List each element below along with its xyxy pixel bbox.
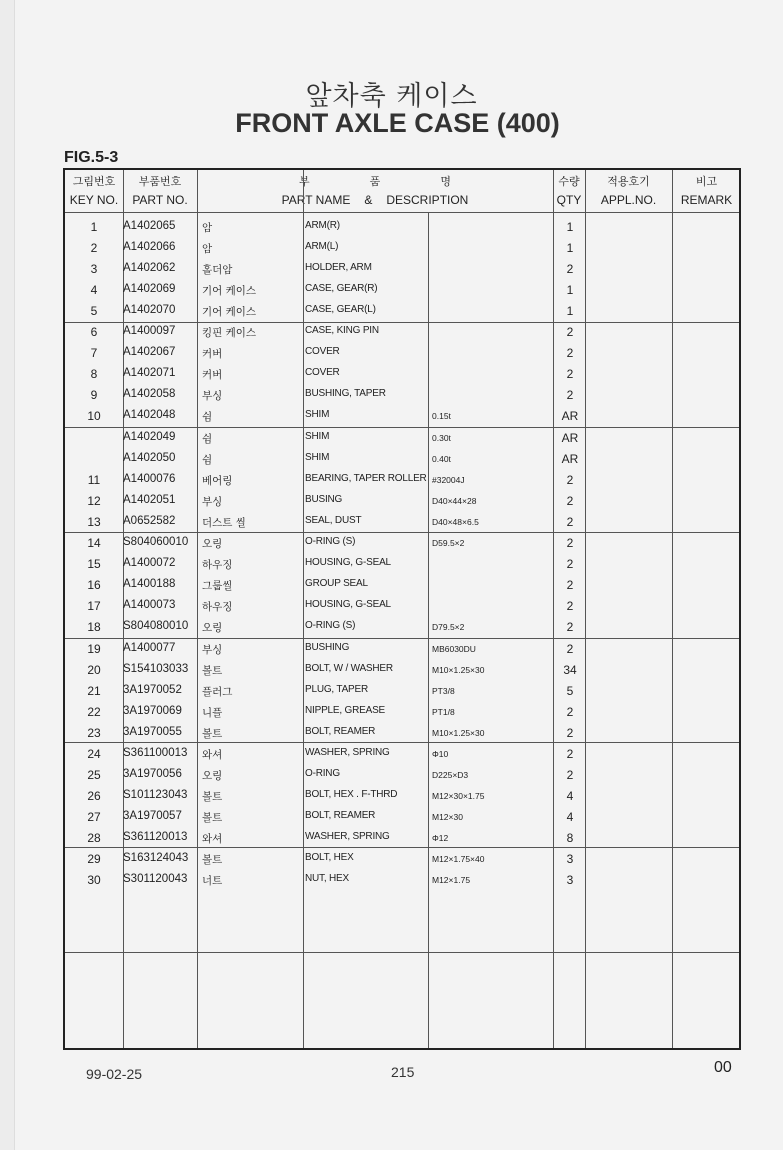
- table-row: 13A0652582더스트 씰SEAL, DUSTD40×48×6.52: [65, 512, 739, 533]
- part-name-english: BOLT, HEX: [305, 852, 354, 863]
- key-number: 1: [65, 220, 123, 234]
- key-number: 20: [65, 663, 123, 677]
- table-row: 14S804060010오링O-RING (S)D59.5×22: [65, 533, 739, 554]
- part-description: M12×30×1.75: [432, 791, 484, 801]
- part-description: M12×1.75×40: [432, 854, 484, 864]
- part-name-korean: 기어 케이스: [202, 283, 256, 298]
- part-name-korean: 오링: [202, 620, 222, 635]
- header-qty: 수량 QTY: [553, 170, 585, 212]
- part-name-korean: 오링: [202, 768, 222, 783]
- part-name-english: WASHER, SPRING: [305, 831, 390, 842]
- quantity: 2: [555, 578, 585, 592]
- key-number: 10: [65, 409, 123, 423]
- table-row: 30S301120043너트NUT, HEXM12×1.753: [65, 870, 739, 891]
- part-number: S361120013: [123, 831, 187, 843]
- part-description: M10×1.25×30: [432, 728, 484, 738]
- key-number: 6: [65, 325, 123, 339]
- table-row: 8A1402071커버COVER2: [65, 364, 739, 385]
- header-name-en-3: DESCRIPTION: [386, 191, 468, 209]
- part-number: A1400076: [123, 473, 175, 485]
- quantity: 3: [555, 852, 585, 866]
- header-name-ko-1: 부: [299, 173, 310, 191]
- part-number: S804080010: [123, 620, 188, 632]
- table-row: 10A1402048쉼SHIM0.15tAR: [65, 406, 739, 427]
- part-description: Φ12: [432, 833, 448, 843]
- key-number: 22: [65, 705, 123, 719]
- table-row: 11A1400076베어링BEARING, TAPER ROLLER#32004…: [65, 470, 739, 491]
- revision-number: 00: [714, 1059, 732, 1077]
- part-name-korean: 쉼: [202, 409, 212, 424]
- part-description: MB6030DU: [432, 644, 476, 654]
- part-name-korean: 홀더암: [202, 262, 232, 277]
- part-description: #32004J: [432, 475, 465, 485]
- part-name-korean: 와셔: [202, 831, 222, 846]
- key-number: 18: [65, 620, 123, 634]
- part-name-english: SEAL, DUST: [305, 515, 361, 526]
- key-number: 8: [65, 367, 123, 381]
- key-number: 24: [65, 747, 123, 761]
- header-key-ko: 그림번호: [73, 173, 116, 191]
- figure-label: FIG.5-3: [64, 149, 118, 167]
- part-name-english: BOLT, W / WASHER: [305, 663, 393, 674]
- part-description: PT1/8: [432, 707, 455, 717]
- part-name-korean: 암: [202, 241, 212, 256]
- header-part-ko: 부품번호: [139, 173, 182, 191]
- part-name-korean: 너트: [202, 873, 222, 888]
- header-name-ko-2: 품: [370, 173, 381, 191]
- header-appl-en: APPL.NO.: [601, 191, 656, 209]
- table-row: 15A1400072하우징HOUSING, G-SEAL2: [65, 554, 739, 575]
- part-number: A1402065: [123, 220, 175, 232]
- part-description: 0.15t: [432, 411, 451, 421]
- key-number: 9: [65, 388, 123, 402]
- quantity: 2: [555, 515, 585, 529]
- quantity: 4: [555, 810, 585, 824]
- part-name-korean: 쉼: [202, 452, 212, 467]
- key-number: 17: [65, 599, 123, 613]
- quantity: AR: [555, 431, 585, 445]
- table-row: 19A1400077부싱BUSHINGMB6030DU2: [65, 639, 739, 660]
- table-row: 7A1402067커버COVER2: [65, 343, 739, 364]
- part-name-korean: 베어링: [202, 473, 232, 488]
- part-name-english: HOUSING, G-SEAL: [305, 599, 391, 610]
- table-row: 223A1970069니플NIPPLE, GREASEPT1/82: [65, 702, 739, 723]
- key-number: 25: [65, 768, 123, 782]
- part-name-korean: 와셔: [202, 747, 222, 762]
- quantity: 2: [555, 726, 585, 740]
- page-number: 215: [391, 1064, 414, 1080]
- part-name-english: COVER: [305, 367, 340, 378]
- table-row: 5A1402070기어 케이스CASE, GEAR(L)1: [65, 301, 739, 322]
- part-name-korean: 볼트: [202, 852, 222, 867]
- header-key-en: KEY NO.: [70, 191, 118, 209]
- quantity: 2: [555, 262, 585, 276]
- part-description: M12×30: [432, 812, 463, 822]
- part-number: A1402058: [123, 388, 175, 400]
- quantity: 1: [555, 241, 585, 255]
- part-name-korean: 쉼: [202, 431, 212, 446]
- table-row: 273A1970057볼트BOLT, REAMERM12×304: [65, 807, 739, 828]
- part-name-english: ARM(R): [305, 220, 340, 231]
- row-group-divider: [65, 952, 739, 953]
- part-number: S361100013: [123, 747, 187, 759]
- key-number: 19: [65, 642, 123, 656]
- part-number: A1402049: [123, 431, 175, 443]
- key-number: 15: [65, 557, 123, 571]
- header-qty-en: QTY: [557, 191, 582, 209]
- part-description: Φ10: [432, 749, 448, 759]
- part-name-korean: 볼트: [202, 663, 222, 678]
- table-row: A1402049쉼SHIM0.30tAR: [65, 428, 739, 449]
- quantity: 1: [555, 304, 585, 318]
- part-description: M10×1.25×30: [432, 665, 484, 675]
- quantity: 2: [555, 642, 585, 656]
- footer-date: 99-02-25: [86, 1066, 142, 1082]
- part-name-korean: 볼트: [202, 726, 222, 741]
- part-number: S154103033: [123, 663, 188, 675]
- header-name-en-2: &: [364, 191, 372, 209]
- part-description: D79.5×2: [432, 622, 464, 632]
- part-name-english: BUSHING: [305, 642, 349, 653]
- part-description: 0.30t: [432, 433, 451, 443]
- table-row: 26S101123043볼트BOLT, HEX . F-THRDM12×30×1…: [65, 786, 739, 807]
- quantity: 4: [555, 789, 585, 803]
- table-row: A1402050쉼SHIM0.40tAR: [65, 449, 739, 470]
- header-name: 부 품 명 PART NAME & DESCRIPTION: [197, 170, 553, 212]
- part-name-korean: 플러그: [202, 684, 232, 699]
- table-row: 2A1402066암ARM(L)1: [65, 238, 739, 259]
- part-name-english: NIPPLE, GREASE: [305, 705, 385, 716]
- part-name-english: BOLT, REAMER: [305, 810, 375, 821]
- part-description: PT3/8: [432, 686, 455, 696]
- table-row: 24S361100013와셔WASHER, SPRINGΦ102: [65, 744, 739, 765]
- quantity: 2: [555, 620, 585, 634]
- part-name-english: GROUP SEAL: [305, 578, 368, 589]
- part-name-korean: 암: [202, 220, 212, 235]
- part-number: A1400072: [123, 557, 175, 569]
- quantity: 5: [555, 684, 585, 698]
- table-row: 6A1400097킹핀 케이스CASE, KING PIN2: [65, 322, 739, 343]
- part-name-korean: 그룹씰: [202, 578, 232, 593]
- part-number: A1402069: [123, 283, 175, 295]
- quantity: 2: [555, 494, 585, 508]
- quantity: AR: [555, 409, 585, 423]
- part-number: 3A1970057: [123, 810, 182, 822]
- quantity: 2: [555, 705, 585, 719]
- part-description: D225×D3: [432, 770, 468, 780]
- part-name-english: SHIM: [305, 452, 329, 463]
- part-name-korean: 니플: [202, 705, 222, 720]
- title-english: FRONT AXLE CASE (400): [0, 108, 783, 139]
- part-number: S163124043: [123, 852, 188, 864]
- part-description: D59.5×2: [432, 538, 464, 548]
- key-number: 28: [65, 831, 123, 845]
- key-number: 4: [65, 283, 123, 297]
- part-name-english: SHIM: [305, 409, 329, 420]
- table-row: 233A1970055볼트BOLT, REAMERM10×1.25×302: [65, 723, 739, 744]
- part-name-korean: 더스트 씰: [202, 515, 246, 530]
- quantity: 2: [555, 367, 585, 381]
- header-remark-ko: 비고: [696, 173, 717, 191]
- quantity: 2: [555, 388, 585, 402]
- part-name-korean: 커버: [202, 367, 222, 382]
- part-name-english: COVER: [305, 346, 340, 357]
- quantity: 1: [555, 220, 585, 234]
- header-key: 그림번호 KEY NO.: [65, 170, 123, 212]
- header-part-en: PART NO.: [132, 191, 187, 209]
- part-name-english: BUSING: [305, 494, 342, 505]
- table-row: 28S361120013와셔WASHER, SPRINGΦ128: [65, 828, 739, 849]
- part-description: D40×44×28: [432, 496, 476, 506]
- part-number: A0652582: [123, 515, 175, 527]
- part-name-korean: 부싱: [202, 642, 222, 657]
- quantity: 2: [555, 346, 585, 360]
- quantity: 8: [555, 831, 585, 845]
- part-name-english: BUSHING, TAPER: [305, 388, 386, 399]
- part-name-english: BOLT, REAMER: [305, 726, 375, 737]
- quantity: 2: [555, 599, 585, 613]
- part-name-korean: 커버: [202, 346, 222, 361]
- table-row: 29S163124043볼트BOLT, HEXM12×1.75×403: [65, 849, 739, 870]
- part-number: A1402071: [123, 367, 175, 379]
- header-name-ko-3: 명: [440, 173, 451, 191]
- part-name-english: CASE, KING PIN: [305, 325, 379, 336]
- part-number: A1402050: [123, 452, 175, 464]
- key-number: 16: [65, 578, 123, 592]
- part-name-korean: 킹핀 케이스: [202, 325, 256, 340]
- key-number: 11: [65, 473, 123, 487]
- part-description: D40×48×6.5: [432, 517, 479, 527]
- table-row: 4A1402069기어 케이스CASE, GEAR(R)1: [65, 280, 739, 301]
- header-appl-ko: 적용호기: [607, 173, 650, 191]
- parts-table: 그림번호 KEY NO. 부품번호 PART NO. 부 품 명 PART NA…: [63, 168, 741, 1050]
- header-qty-ko: 수량: [558, 173, 579, 191]
- header-name-en-1: PART NAME: [282, 191, 351, 209]
- part-number: S101123043: [123, 789, 187, 801]
- part-number: A1402062: [123, 262, 175, 274]
- part-name-korean: 하우징: [202, 557, 232, 572]
- part-name-korean: 기어 케이스: [202, 304, 256, 319]
- key-number: 27: [65, 810, 123, 824]
- header-appl: 적용호기 APPL.NO.: [585, 170, 672, 212]
- quantity: 1: [555, 283, 585, 297]
- part-number: A1402067: [123, 346, 175, 358]
- key-number: 13: [65, 515, 123, 529]
- row-group-divider: [65, 212, 739, 213]
- part-name-korean: 볼트: [202, 810, 222, 825]
- key-number: 14: [65, 536, 123, 550]
- table-row: 20S154103033볼트BOLT, W / WASHERM10×1.25×3…: [65, 660, 739, 681]
- part-name-english: CASE, GEAR(R): [305, 283, 377, 294]
- quantity: 2: [555, 325, 585, 339]
- table-row: 3A1402062홀더암HOLDER, ARM2: [65, 259, 739, 280]
- quantity: 2: [555, 536, 585, 550]
- key-number: 23: [65, 726, 123, 740]
- table-row: 9A1402058부싱BUSHING, TAPER2: [65, 385, 739, 406]
- table-row: 213A1970052플러그PLUG, TAPERPT3/85: [65, 681, 739, 702]
- table-row: 18S804080010오링O-RING (S)D79.5×22: [65, 617, 739, 638]
- part-number: 3A1970055: [123, 726, 182, 738]
- key-number: 30: [65, 873, 123, 887]
- quantity: 2: [555, 768, 585, 782]
- key-number: 12: [65, 494, 123, 508]
- quantity: AR: [555, 452, 585, 466]
- part-name-english: BOLT, HEX . F-THRD: [305, 789, 397, 800]
- quantity: 34: [555, 663, 585, 677]
- part-name-korean: 오링: [202, 536, 222, 551]
- key-number: 21: [65, 684, 123, 698]
- key-number: 7: [65, 346, 123, 360]
- quantity: 2: [555, 747, 585, 761]
- header-remark-en: REMARK: [681, 191, 732, 209]
- part-name-korean: 하우징: [202, 599, 232, 614]
- part-number: A1400188: [123, 578, 175, 590]
- part-name-korean: 부싱: [202, 494, 222, 509]
- part-description: 0.40t: [432, 454, 451, 464]
- part-name-english: HOUSING, G-SEAL: [305, 557, 391, 568]
- part-name-english: BEARING, TAPER ROLLER: [305, 473, 427, 484]
- quantity: 2: [555, 557, 585, 571]
- table-row: 253A1970056오링O-RINGD225×D32: [65, 765, 739, 786]
- part-name-english: O-RING: [305, 768, 340, 779]
- part-name-english: HOLDER, ARM: [305, 262, 372, 273]
- part-name-korean: 부싱: [202, 388, 222, 403]
- part-number: S804060010: [123, 536, 188, 548]
- table-row: 16A1400188그룹씰GROUP SEAL2: [65, 575, 739, 596]
- key-number: 5: [65, 304, 123, 318]
- table-row: 17A1400073하우징HOUSING, G-SEAL2: [65, 596, 739, 617]
- key-number: 2: [65, 241, 123, 255]
- key-number: 26: [65, 789, 123, 803]
- key-number: 29: [65, 852, 123, 866]
- part-number: A1402048: [123, 409, 175, 421]
- quantity: 3: [555, 873, 585, 887]
- part-number: A1402070: [123, 304, 175, 316]
- part-name-english: O-RING (S): [305, 536, 355, 547]
- part-number: 3A1970052: [123, 684, 182, 696]
- header-part: 부품번호 PART NO.: [123, 170, 197, 212]
- part-number: S301120043: [123, 873, 187, 885]
- part-description: M12×1.75: [432, 875, 470, 885]
- part-number: A1400097: [123, 325, 175, 337]
- part-name-english: CASE, GEAR(L): [305, 304, 376, 315]
- part-number: A1402066: [123, 241, 175, 253]
- part-name-english: WASHER, SPRING: [305, 747, 390, 758]
- part-number: 3A1970056: [123, 768, 182, 780]
- part-name-english: PLUG, TAPER: [305, 684, 368, 695]
- table-row: 12A1402051부싱BUSINGD40×44×282: [65, 491, 739, 512]
- part-number: A1400077: [123, 642, 175, 654]
- key-number: 3: [65, 262, 123, 276]
- page-edge: [0, 0, 15, 1150]
- part-name-english: ARM(L): [305, 241, 338, 252]
- quantity: 2: [555, 473, 585, 487]
- part-number: A1400073: [123, 599, 175, 611]
- part-name-english: SHIM: [305, 431, 329, 442]
- header-remark: 비고 REMARK: [672, 170, 741, 212]
- part-name-korean: 볼트: [202, 789, 222, 804]
- part-number: A1402051: [123, 494, 175, 506]
- table-row: 1A1402065암ARM(R)1: [65, 217, 739, 238]
- part-name-english: O-RING (S): [305, 620, 355, 631]
- part-name-english: NUT, HEX: [305, 873, 349, 884]
- part-number: 3A1970069: [123, 705, 182, 717]
